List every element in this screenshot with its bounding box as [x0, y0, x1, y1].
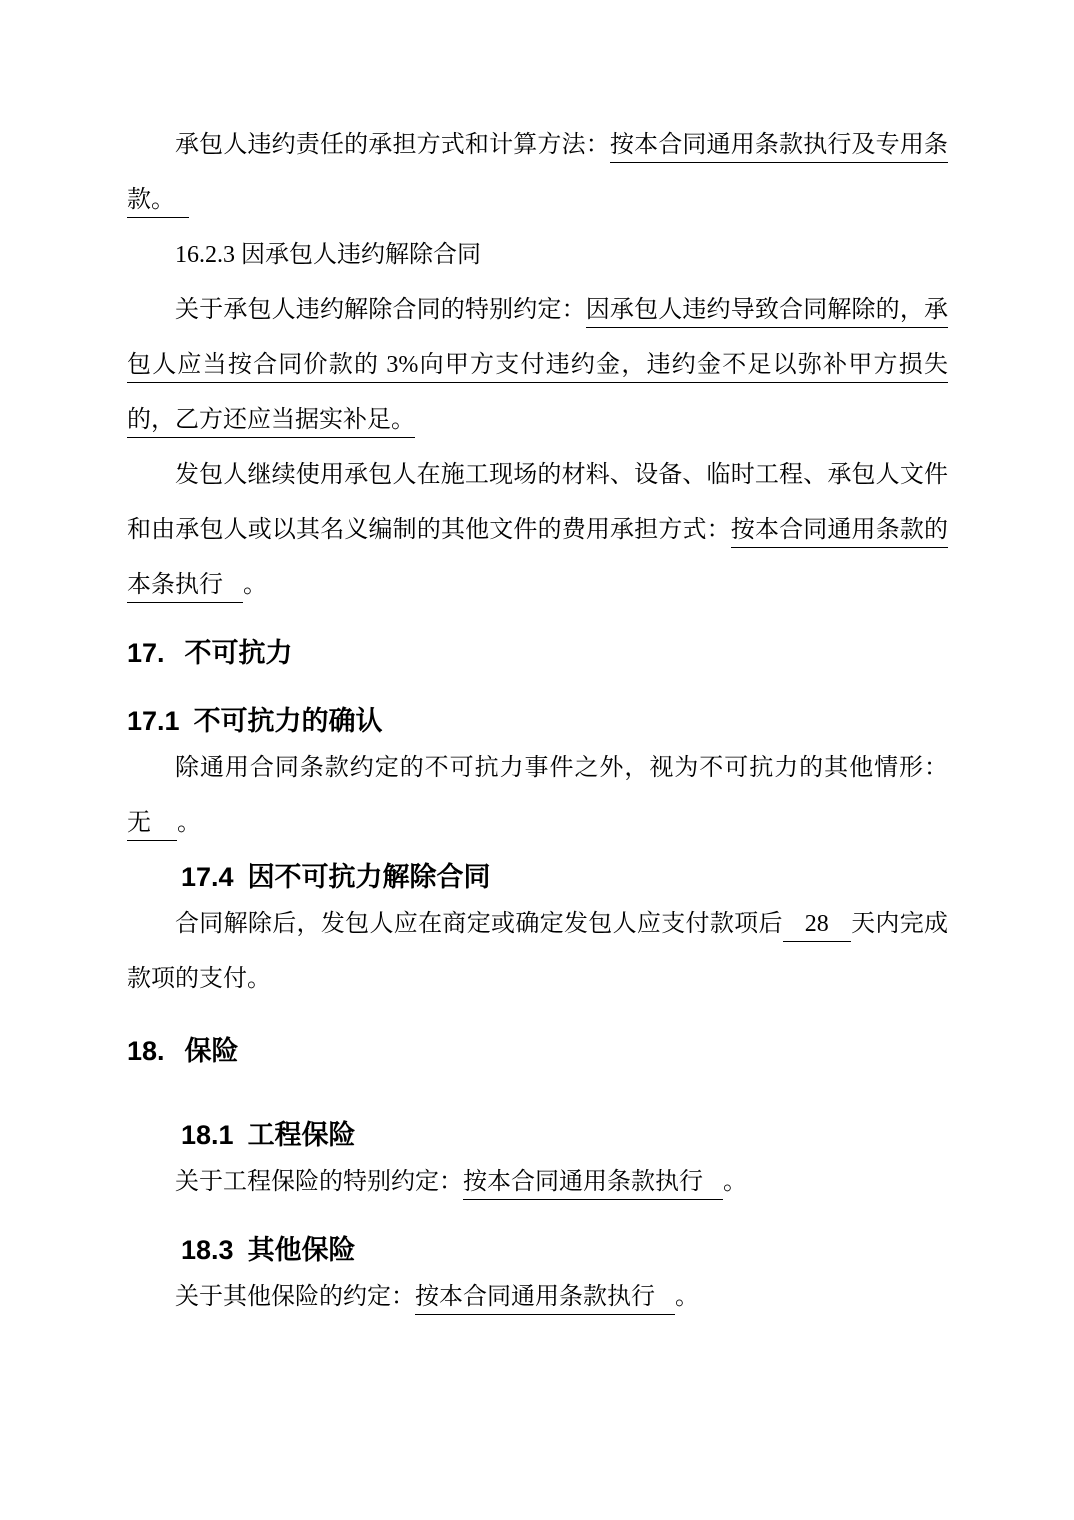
heading-17-force-majeure: 17.不可抗力: [127, 633, 948, 673]
clause-text: 合同解除后，发包人应在商定或确定发包人应支付款项后: [175, 911, 783, 937]
para-payment-after-termination: 合同解除后，发包人应在商定或确定发包人应支付款项后28天内完成款项的支付。: [127, 897, 948, 1007]
clause-text: 除通用合同条款约定的不可抗力事件之外，视为不可抗力的其他情形：: [175, 755, 948, 781]
heading-17-4-termination: 17.4因不可抗力解除合同: [127, 857, 948, 897]
filled-blank-engineering-insurance: 按本合同通用条款执行: [463, 1169, 723, 1200]
para-breach-termination-agreement: 关于承包人违约解除合同的特别约定：因承包人违约导致合同解除的，承包人应当按合同价…: [127, 283, 948, 448]
clause-text: 承包人违约责任的承担方式和计算方法：: [175, 132, 610, 158]
heading-17-1-confirmation: 17.1不可抗力的确认: [127, 701, 948, 741]
heading-title: 不可抗力: [185, 638, 293, 668]
filled-blank-other-insurance: 按本合同通用条款执行: [415, 1284, 675, 1315]
clause-text: 关于工程保险的特别约定：: [175, 1169, 463, 1195]
heading-number: 18.3: [181, 1235, 234, 1265]
para-engineering-insurance: 关于工程保险的特别约定：按本合同通用条款执行。: [127, 1155, 948, 1210]
para-site-materials-cost: 发包人继续使用承包人在施工现场的材料、设备、临时工程、承包人文件和由承包人或以其…: [127, 448, 948, 613]
heading-number: 18.: [127, 1036, 165, 1066]
para-breach-liability-method: 承包人违约责任的承担方式和计算方法：按本合同通用条款执行及专用条款。: [127, 118, 948, 228]
clause-text: 。: [675, 1284, 699, 1310]
contract-document-page: 承包人违约责任的承担方式和计算方法：按本合同通用条款执行及专用条款。 16.2.…: [0, 0, 1074, 1520]
clause-text: 。: [243, 572, 267, 598]
heading-number: 18.1: [181, 1120, 234, 1150]
heading-number: 17.1: [127, 706, 180, 736]
heading-title: 不可抗力的确认: [194, 706, 383, 736]
clause-text: 关于承包人违约解除合同的特别约定：: [175, 297, 586, 323]
heading-title: 工程保险: [248, 1120, 356, 1150]
heading-title: 因不可抗力解除合同: [248, 862, 491, 892]
clause-text: 。: [177, 810, 201, 836]
heading-18-1-engineering-insurance: 18.1工程保险: [127, 1115, 948, 1155]
heading-title: 其他保险: [248, 1235, 356, 1265]
heading-18-3-other-insurance: 18.3其他保险: [127, 1230, 948, 1270]
para-other-insurance: 关于其他保险的约定：按本合同通用条款执行。: [127, 1270, 948, 1325]
heading-title: 保险: [185, 1036, 239, 1066]
filled-blank-none: 无: [127, 810, 177, 841]
filled-blank-days-28: 28: [783, 911, 851, 942]
para-force-majeure-other-cases: 除通用合同条款约定的不可抗力事件之外，视为不可抗力的其他情形：无。: [127, 741, 948, 851]
clause-16-2-3-heading: 16.2.3 因承包人违约解除合同: [127, 228, 948, 283]
clause-text: 。: [723, 1169, 747, 1195]
clause-text: 关于其他保险的约定：: [175, 1284, 415, 1310]
heading-number: 17.4: [181, 862, 234, 892]
heading-18-insurance: 18.保险: [127, 1031, 948, 1071]
clause-text: 16.2.3 因承包人违约解除合同: [175, 242, 481, 268]
heading-number: 17.: [127, 638, 165, 668]
